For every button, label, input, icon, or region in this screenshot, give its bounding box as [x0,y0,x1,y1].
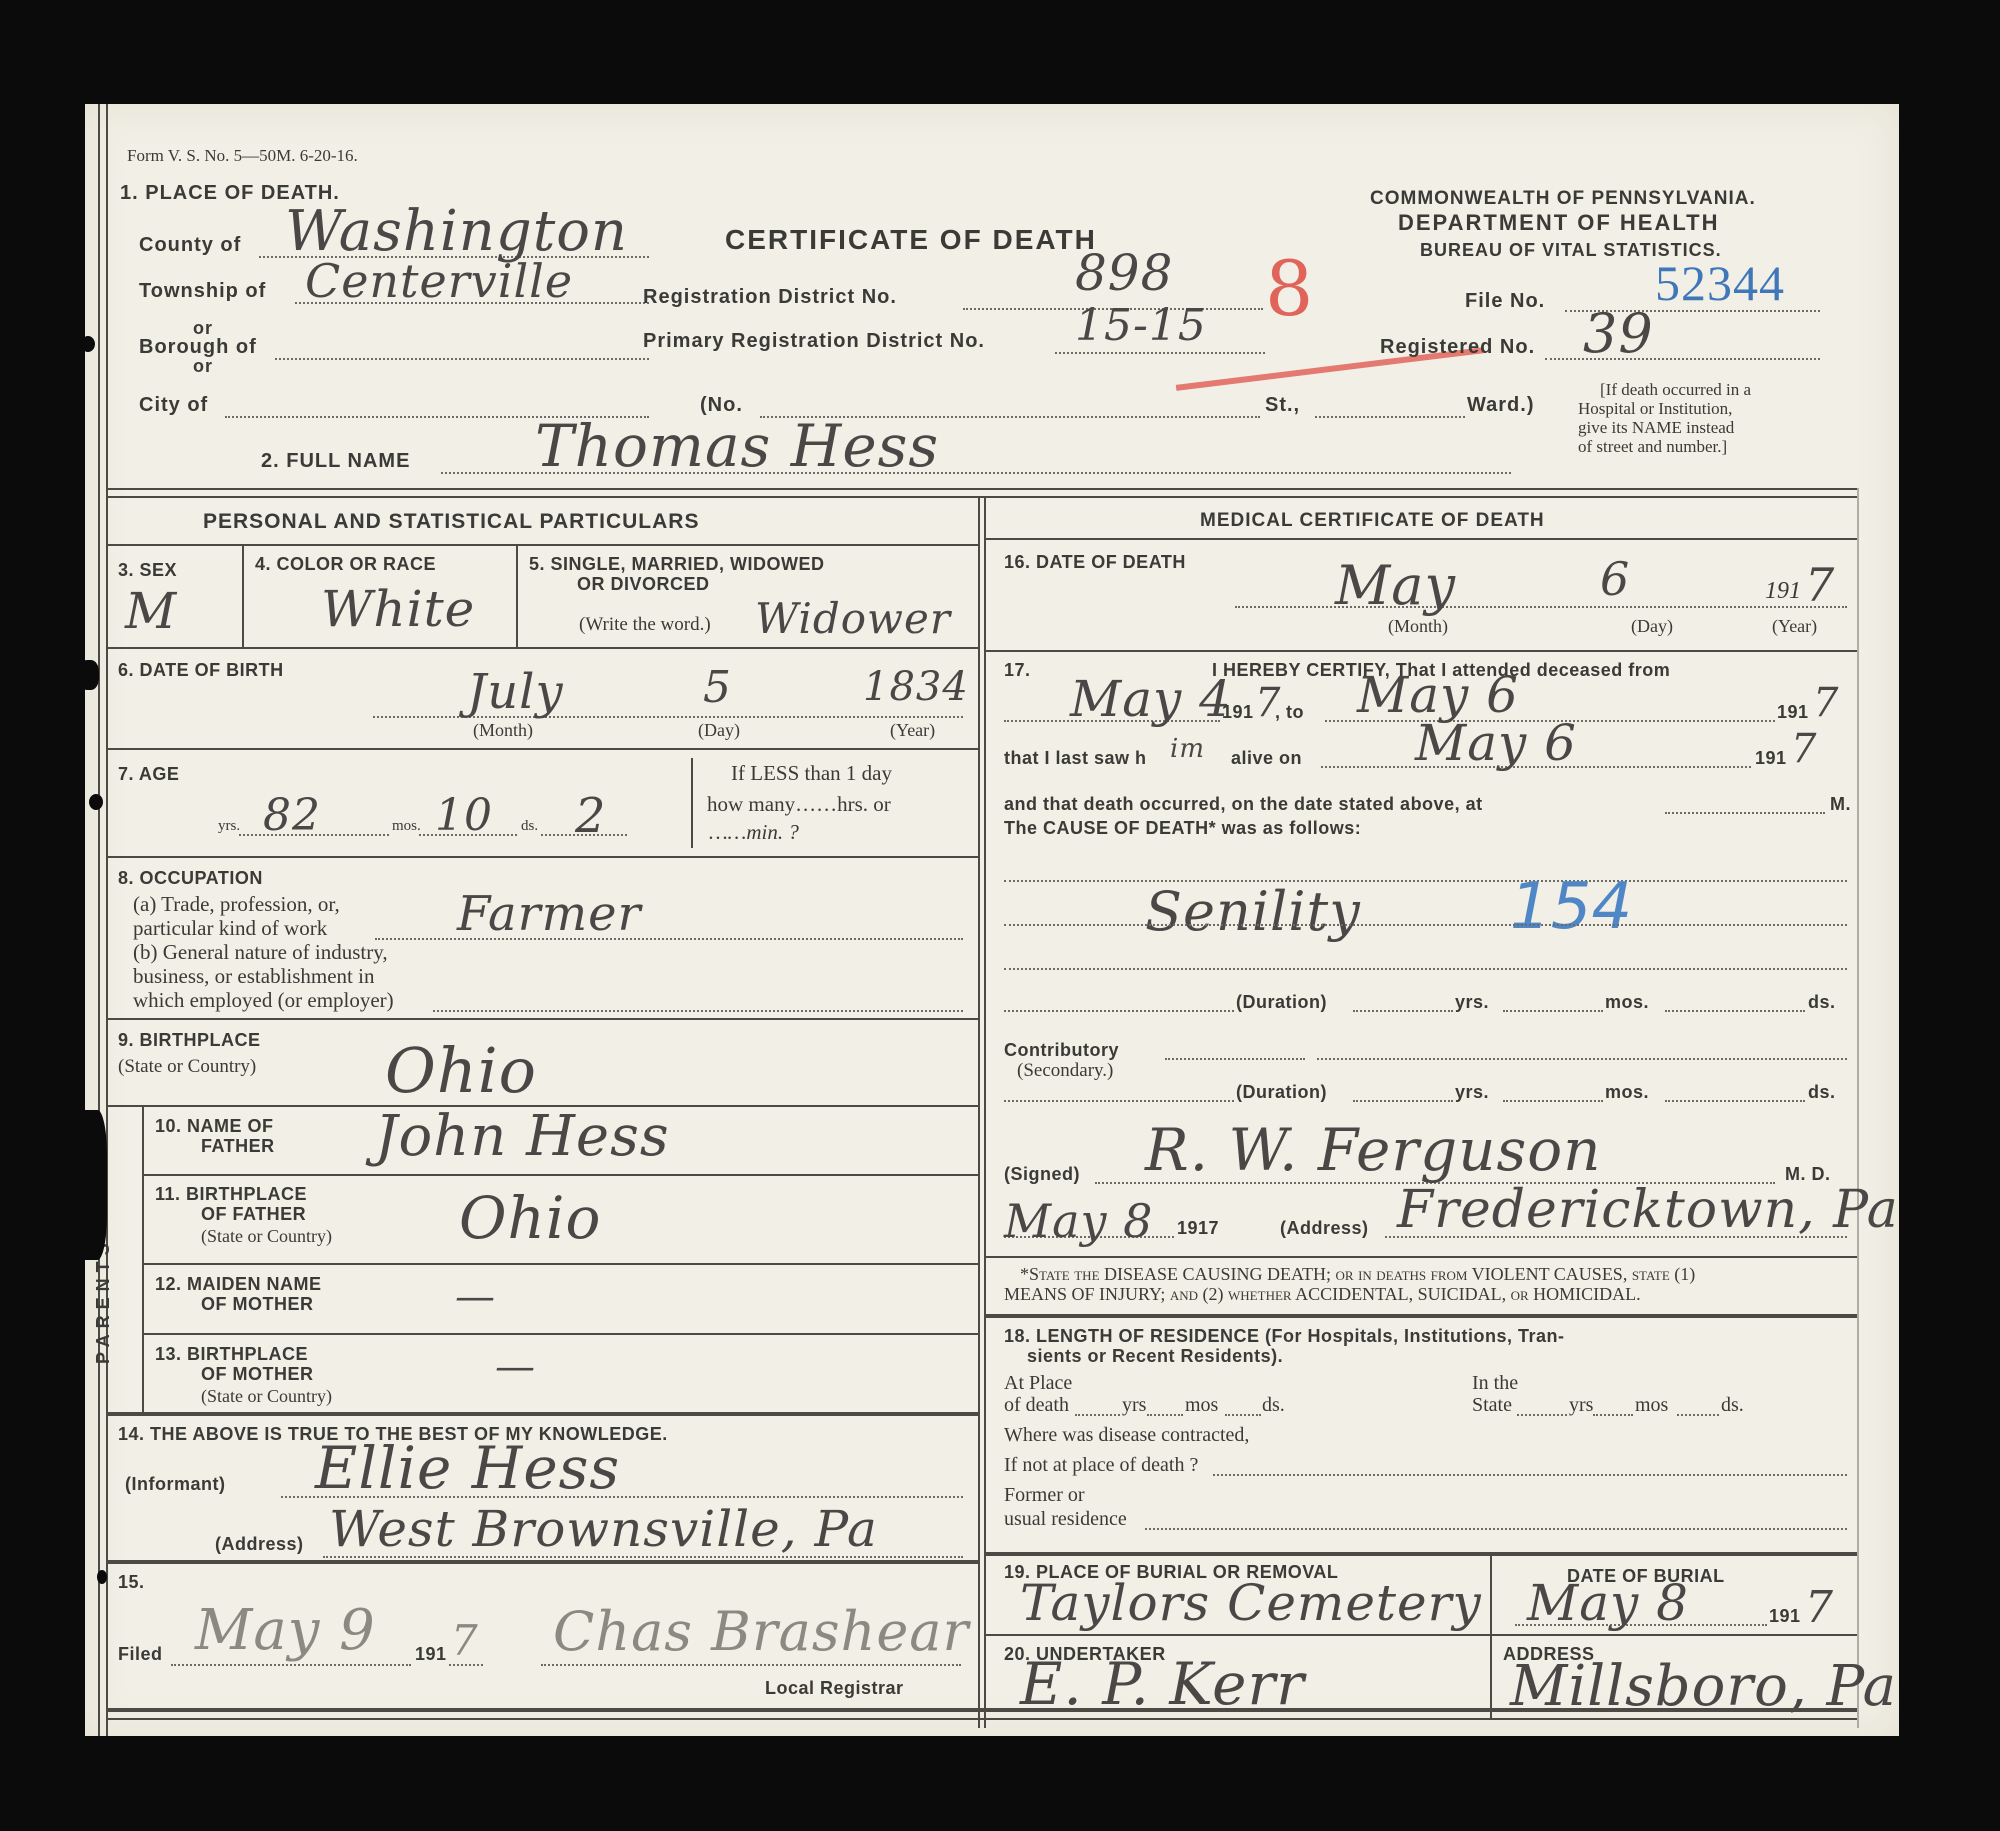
informant-value: Ellie Hess [315,1434,620,1502]
occupation-b-1: (b) General nature of industry, [133,940,388,965]
bottom-rule [107,1718,1857,1720]
agency-line-1: COMMONWEALTH OF PENNSYLVANIA. [1370,188,1756,210]
full-name-label: 2. FULL NAME [261,450,410,473]
race-label: 4. COLOR OR RACE [255,554,436,575]
last-saw-date: May 6 [1415,714,1577,772]
file-number-value: 52344 [1655,254,1785,312]
age-label: 7. AGE [118,764,179,785]
burial-year-suffix: 7 [1805,1582,1834,1633]
row-rule [984,1552,1857,1556]
birthplace-sub: (State or Country) [118,1056,256,1078]
duration-mos-label-1: mos. [1605,992,1649,1013]
occupation-value: Farmer [457,886,641,942]
state-mos-line [1593,1414,1633,1416]
cell-divider [242,544,244,647]
torn-edge [79,660,99,690]
registration-district-label: Registration District No. [643,286,897,309]
contributory-line-2 [1317,1058,1847,1060]
hospital-note-line: [If death occurred in a [1578,380,1751,399]
primary-district-value: 15-15 [1075,300,1207,351]
hospital-note-line: of street and number.] [1578,437,1751,456]
father-label-1: 10. NAME OF [155,1116,274,1137]
marital-hint: (Write the word.) [579,614,711,636]
informant-address-value: West Brownsville, Pa [329,1500,878,1558]
marital-label-1: 5. SINGLE, MARRIED, WIDOWED [529,554,825,575]
mother-bp-label-1: 13. BIRTHPLACE [155,1344,308,1365]
hospital-note-line: Hospital or Institution, [1578,399,1751,418]
dob-year-caption: (Year) [890,720,935,741]
informant-label: (Informant) [125,1474,225,1495]
informant-address-label: (Address) [215,1534,304,1555]
age-mos-label: mos. [392,818,421,835]
duration-ds-line-2 [1665,1100,1805,1102]
cert-number: 17. [1004,660,1031,681]
duration-ds-line [1665,1010,1805,1012]
last-saw-label: that I last saw h [1004,748,1147,769]
attended-to-year: 7 [1813,680,1839,726]
m-label: M. [1830,794,1851,815]
place-yrs: yrs [1122,1394,1146,1417]
filed-value: May 9 [195,1598,376,1663]
row-rule [107,1018,978,1020]
marital-value: Widower [755,594,951,643]
state-mos: mos [1635,1394,1668,1417]
death-time-line [1665,812,1825,814]
state-yrs-line [1517,1414,1567,1416]
row-rule [142,1263,978,1265]
less-than-day-3: ……min. ? [709,820,799,845]
father-bp-label-1: 11. BIRTHPLACE [155,1184,307,1205]
less-than-day-1: If LESS than 1 day [731,761,892,786]
section-rule [107,496,1857,498]
registered-number-value: 39 [1583,302,1654,365]
row-rule [107,856,978,858]
to-label: , to [1275,702,1304,723]
township-value: Centerville [305,254,573,308]
cause-code: 154 [1510,870,1632,944]
dod-month-caption: (Month) [1388,616,1448,637]
duration-yrs-label-1: yrs. [1455,992,1489,1013]
registered-number-label: Registered No. [1380,336,1535,359]
dod-day-caption: (Day) [1631,616,1673,637]
sex-value: M [125,582,177,640]
certificate-title: CERTIFICATE OF DEATH [725,224,1097,256]
registrar-line [541,1664,961,1666]
row-rule [107,1412,978,1416]
cause-label: The CAUSE OF DEATH* was as follows: [1004,818,1361,839]
where-contracted-line [1213,1474,1847,1476]
state-yrs: yrs [1569,1394,1593,1417]
row-rule [107,544,978,546]
registrar-value: Chas Brashear [553,1600,969,1663]
signed-year: 1917 [1177,1218,1219,1239]
father-bp-sub: (State or Country) [201,1226,332,1247]
duration-line [1004,1010,1234,1012]
father-bp-value: Ohio [459,1184,601,1252]
signed-label: (Signed) [1004,1164,1080,1185]
duration-yrs-line-2 [1353,1100,1453,1102]
former-residence-line [1145,1528,1847,1530]
duration-ds-label-2: ds. [1808,1082,1836,1103]
sex-label: 3. SEX [118,560,177,581]
hospital-note: [If death occurred in a Hospital or Inst… [1578,380,1751,456]
place-ds: ds. [1262,1394,1285,1417]
filed-label: Filed [118,1644,163,1665]
dob-day-caption: (Day) [698,720,740,741]
signed-value: R. W. Ferguson [1145,1116,1602,1184]
row-rule [107,748,978,750]
last-saw-year-prefix: 191 [1755,748,1787,769]
ward-line [1315,416,1465,418]
burial-date-value: May 8 [1527,1574,1689,1632]
dod-year-prefix: 191 [1765,578,1801,605]
dod-year-suffix: 7 [1805,558,1835,612]
duration-mos-label-2: mos. [1605,1082,1649,1103]
filed-year-prefix: 191 [415,1644,447,1665]
duration-label-1: (Duration) [1236,992,1327,1013]
residence-label-1: 18. LENGTH OF RESIDENCE (For Hospitals, … [1004,1326,1565,1347]
row-rule [142,1333,978,1335]
cell-divider [1490,1554,1492,1720]
in-state-2: State [1472,1394,1512,1417]
dod-day: 6 [1600,552,1630,606]
dob-month: July [467,664,564,720]
dod-line [1235,606,1847,608]
dob-line [373,716,963,718]
in-state-1: In the [1472,1372,1518,1395]
birthplace-label: 9. BIRTHPLACE [118,1030,261,1051]
mother-bp-label-2: OF MOTHER [201,1364,314,1385]
occupation-b-2: business, or establishment in [133,964,374,989]
row-rule [984,650,1857,652]
duration-ds-label-1: ds. [1808,992,1836,1013]
death-time-text: and that death occurred, on the date sta… [1004,794,1483,815]
burial-year-prefix: 191 [1769,1606,1801,1627]
dob-month-caption: (Month) [473,720,533,741]
duration-yrs-line [1353,1010,1453,1012]
city-label: City of [139,394,208,417]
punch-hole [89,794,103,810]
red-pencil-mark: 8 [1265,244,1314,333]
dob-year: 1834 [863,664,969,710]
signed-address-value: Fredericktown, Pa [1397,1180,1899,1240]
cell-divider [516,544,518,647]
age-mos-value: 10 [435,790,493,841]
duration-mos-line [1503,1010,1603,1012]
last-saw-year: 7 [1791,726,1817,772]
footnote-line-2: MEANS OF INJURY; and (2) whether ACCIDEN… [1004,1284,1641,1305]
or-text-2: or [193,356,213,377]
dod-year-caption: (Year) [1772,616,1817,637]
cause-line-3 [1004,968,1847,970]
alive-on-label: alive on [1231,748,1302,769]
row-rule [107,1560,978,1564]
place-mos-line [1147,1414,1183,1416]
cause-line-2 [1004,924,1847,926]
medical-header: MEDICAL CERTIFICATE OF DEATH [1200,510,1545,532]
place-mos: mos [1185,1394,1218,1417]
duration-mos-line-2 [1503,1100,1603,1102]
punch-hole [97,1570,107,1584]
duration-yrs-label-2: yrs. [1455,1082,1489,1103]
father-value: John Hess [375,1104,670,1169]
age-ds-value: 2 [575,788,607,844]
mother-bp-value: — [495,1344,536,1390]
at-place-2: of death [1004,1394,1069,1417]
secondary-label: (Secondary.) [1017,1060,1113,1082]
marital-label-2: OR DIVORCED [577,574,710,595]
duration-label-2: (Duration) [1236,1082,1327,1103]
state-ds: ds. [1721,1394,1744,1417]
father-bp-label-2: OF FATHER [201,1204,306,1225]
mother-bp-sub: (State or Country) [201,1386,332,1407]
state-ds-line [1677,1414,1719,1416]
section-rule [107,488,1857,490]
occupation-b-line [433,1010,963,1012]
dod-label: 16. DATE OF DEATH [1004,552,1186,573]
filed-number: 15. [118,1572,145,1593]
registrar-label: Local Registrar [765,1678,904,1699]
place-ds-line [1225,1414,1261,1416]
torn-edge [75,1110,107,1260]
full-name-value: Thomas Hess [535,412,939,480]
age-ds-label: ds. [521,818,538,835]
parents-divider [142,1105,144,1413]
dob-day: 5 [703,662,732,713]
former-residence-1: Former or [1004,1484,1085,1507]
cause-line-1 [1004,880,1847,882]
registration-district-value: 898 [1075,244,1173,302]
age-yrs-value: 82 [263,790,321,841]
form-number: Form V. S. No. 5—50M. 6-20-16. [127,146,358,166]
residence-label-2: sients or Recent Residents). [1027,1346,1283,1367]
place-yrs-line [1075,1414,1120,1416]
mother-label-1: 12. MAIDEN NAME [155,1274,322,1295]
bottom-rule [107,1708,1857,1712]
row-rule [984,1634,1857,1636]
row-rule [984,1256,1857,1258]
at-place-1: At Place [1004,1372,1072,1395]
mother-label-2: OF MOTHER [201,1294,314,1315]
attended-from: May 4 [1070,670,1232,728]
former-residence-2: usual residence [1004,1508,1127,1531]
hospital-note-line: give its NAME instead [1578,418,1751,437]
agency-line-2: DEPARTMENT OF HEALTH [1398,210,1720,236]
borough-line [275,358,649,360]
ward-label: Ward.) [1467,394,1534,417]
burial-value: Taylors Cemetery [1020,1574,1482,1632]
occupation-label: 8. OCCUPATION [118,868,263,889]
township-label: Township of [139,280,266,303]
mother-value: — [455,1274,496,1320]
row-rule [984,1314,1857,1318]
birthplace-value: Ohio [385,1034,537,1107]
primary-district-label: Primary Registration District No. [643,330,985,353]
age-yrs-label: yrs. [218,818,240,835]
frame-line-left-inner [106,104,108,1736]
contributory-label: Contributory [1004,1040,1119,1061]
footnote-line-1: *State the DISEASE CAUSING DEATH; or in … [1020,1264,1695,1285]
dod-month: May [1335,554,1456,617]
primary-district-line [1055,352,1265,354]
where-contracted-1: Where was disease contracted, [1004,1424,1249,1447]
column-divider [984,496,986,1728]
column-divider [978,496,980,1728]
row-rule [984,538,1857,540]
frame-line-left-outer [98,104,100,1736]
attended-from-year-prefix: 191 [1222,702,1254,723]
row-rule [107,647,978,649]
filed-year-suffix: 7 [451,1616,479,1665]
contributory-line-1 [1165,1058,1305,1060]
signed-address-label: (Address) [1280,1218,1369,1239]
signed-date: May 8 [1004,1194,1153,1248]
cause-value: Senility [1145,880,1361,943]
street-label: St., [1265,394,1300,417]
death-certificate: Form V. S. No. 5—50M. 6-20-16. 1. PLACE … [85,104,1899,1736]
dob-label: 6. DATE OF BIRTH [118,660,284,681]
father-label-2: FATHER [201,1136,275,1157]
occupation-a-2: particular kind of work [133,916,327,941]
attended-to-year-prefix: 191 [1777,702,1809,723]
last-saw-pronoun: im [1170,734,1205,764]
personal-header: PERSONAL AND STATISTICAL PARTICULARS [203,510,699,534]
file-number-label: File No. [1465,290,1545,313]
cell-divider [691,758,693,848]
less-than-day-2: how many……hrs. or [707,792,891,817]
county-label: County of [139,234,241,257]
where-contracted-2: If not at place of death ? [1004,1454,1198,1477]
punch-hole [81,336,95,352]
race-value: White [321,580,475,638]
filed-date-line [171,1664,411,1666]
duration-line-2 [1004,1100,1234,1102]
occupation-b-3: which employed (or employer) [133,988,394,1013]
occupation-a-1: (a) Trade, profession, or, [133,892,340,917]
right-border [1857,488,1859,1728]
row-rule [142,1174,978,1176]
